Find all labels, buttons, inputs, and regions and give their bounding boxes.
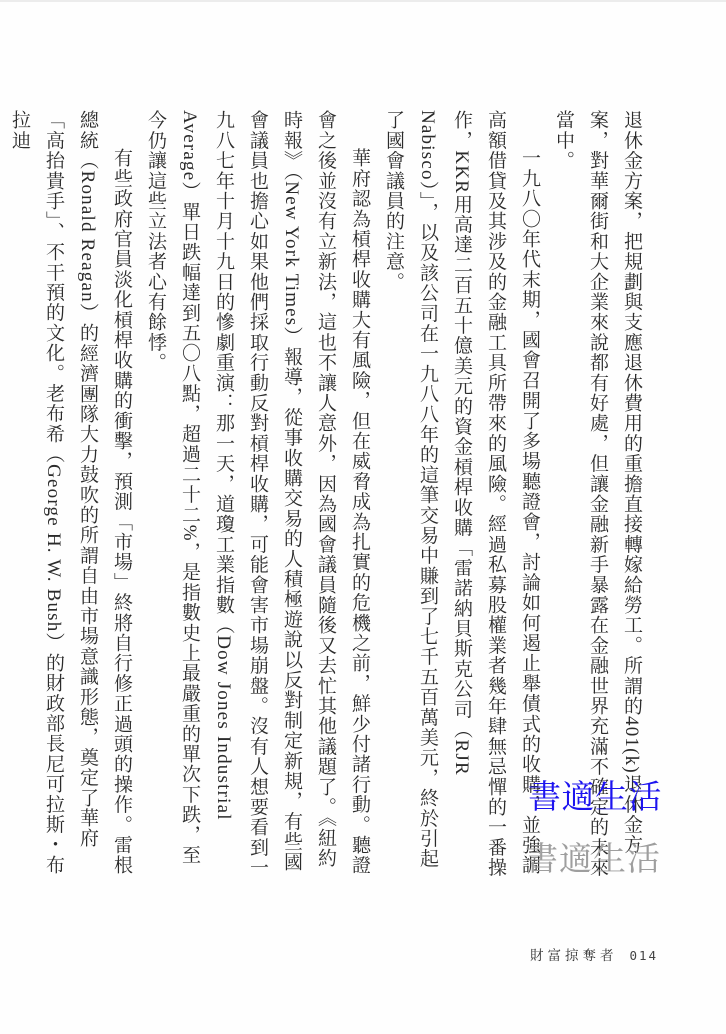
page-edge-shadow bbox=[0, 0, 726, 2]
body-text: 退休金方案，把規劃與支應退休費用的重擔直接轉嫁給勞工。所謂的401(k)退休金方… bbox=[130, 110, 648, 882]
paragraph: 退休金方案，把規劃與支應退休費用的重擔直接轉嫁給勞工。所謂的401(k)退休金方… bbox=[546, 110, 648, 882]
paragraph: 一九八〇年代末期，國會召開了多場聽證會，討論如何遏止舉債式的收購，並強調高額借貸… bbox=[376, 110, 546, 882]
paragraph: 華府認為槓桿收購大有風險，但在威脅成為扎實的危機之前，鮮少付諸行動。聽證會之後並… bbox=[138, 110, 376, 882]
paragraph: 有些政府官員淡化槓桿收購的衝擊，預測「市場」終將自行修正過頭的操作。雷根總統（R… bbox=[2, 110, 138, 882]
footer-book-title: 財富掠奪者 bbox=[530, 948, 618, 963]
watermark-blue: 書適生活 bbox=[528, 771, 662, 818]
watermark-gray: 書適生活 bbox=[525, 833, 661, 880]
page-footer: 財富掠奪者014 bbox=[530, 944, 658, 964]
footer-page-number: 014 bbox=[630, 948, 659, 963]
book-page: 退休金方案，把規劃與支應退休費用的重擔直接轉嫁給勞工。所謂的401(k)退休金方… bbox=[0, 0, 726, 1034]
